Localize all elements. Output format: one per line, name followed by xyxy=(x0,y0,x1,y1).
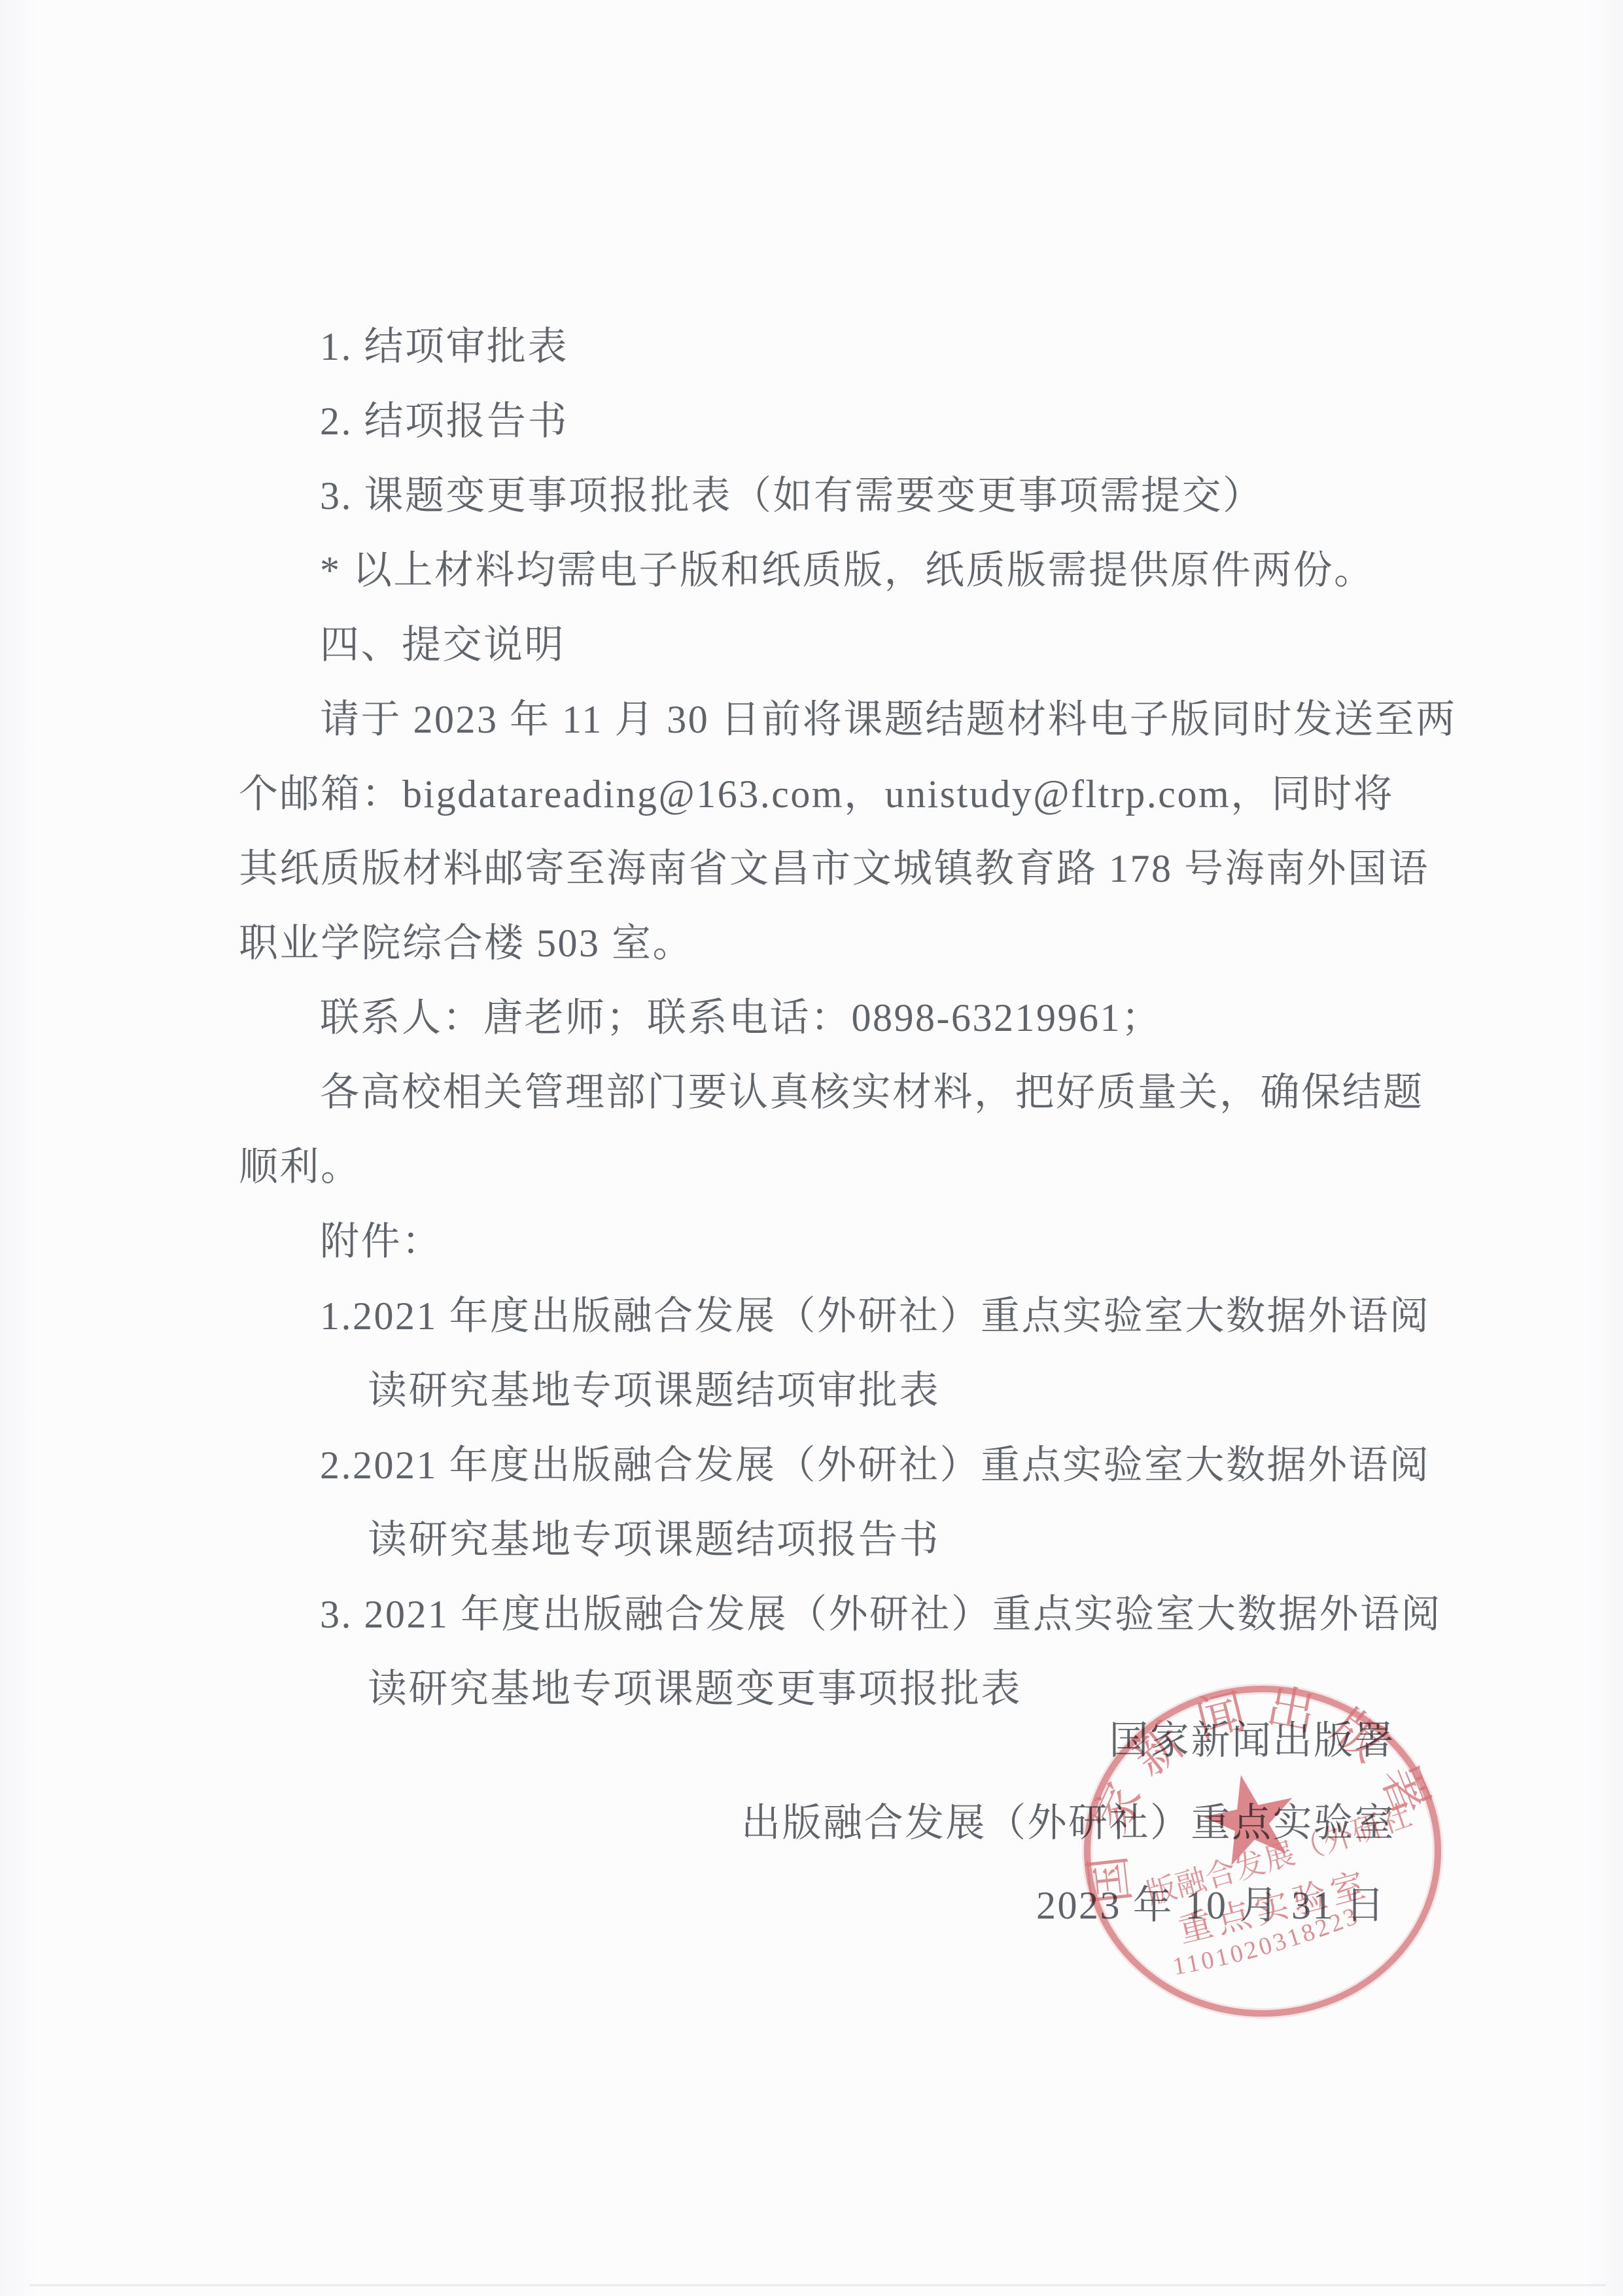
doc-line: 其纸质版材料邮寄至海南省文昌市文城镇教育路 178 号海南外国语 xyxy=(239,831,1410,906)
attachment-item: 2.2021 年度出版融合发展（外研社）重点实验室大数据外语阅 xyxy=(239,1428,1410,1503)
doc-line-email: 个邮箱：bigdatareading@163.com，unistudy@fltr… xyxy=(239,757,1410,831)
scan-artifact-line xyxy=(29,2284,1606,2286)
doc-line: * 以上材料均需电子版和纸质版，纸质版需提供原件两份。 xyxy=(239,533,1410,608)
attachment-item: 3. 2021 年度出版融合发展（外研社）重点实验室大数据外语阅 xyxy=(239,1577,1410,1652)
attachments-heading: 附件： xyxy=(239,1204,1410,1279)
section-heading: 四、提交说明 xyxy=(239,608,1410,682)
doc-line: 3. 课题变更事项报批表（如有需要变更事项需提交） xyxy=(239,459,1410,533)
doc-line: 各高校相关管理部门要认真核实材料，把好质量关，确保结题 xyxy=(239,1055,1410,1130)
scanned-document-page: 1. 结项审批表 2. 结项报告书 3. 课题变更事项报批表（如有需要变更事项需… xyxy=(0,0,1623,2296)
doc-line: 请于 2023 年 11 月 30 日前将课题结题材料电子版同时发送至两 xyxy=(239,682,1410,757)
attachment-item-cont: 读研究基地专项课题结项报告书 xyxy=(239,1503,1410,1577)
doc-line: 1. 结项审批表 xyxy=(239,309,1410,384)
doc-line: 顺利。 xyxy=(239,1130,1410,1204)
doc-line-contact: 联系人：唐老师；联系电话：0898-63219961； xyxy=(239,981,1410,1055)
attachment-item: 1.2021 年度出版融合发展（外研社）重点实验室大数据外语阅 xyxy=(239,1279,1410,1353)
doc-line: 职业学院综合楼 503 室。 xyxy=(239,906,1410,981)
document-body: 1. 结项审批表 2. 结项报告书 3. 课题变更事项报批表（如有需要变更事项需… xyxy=(239,309,1410,1726)
official-seal: 国家新闻出版署 出版融合发展（外研社） 重点实验室 1101020318223 xyxy=(1047,1655,1492,2047)
attachment-item-cont: 读研究基地专项课题结项审批表 xyxy=(239,1353,1410,1428)
doc-line: 2. 结项报告书 xyxy=(239,384,1410,459)
